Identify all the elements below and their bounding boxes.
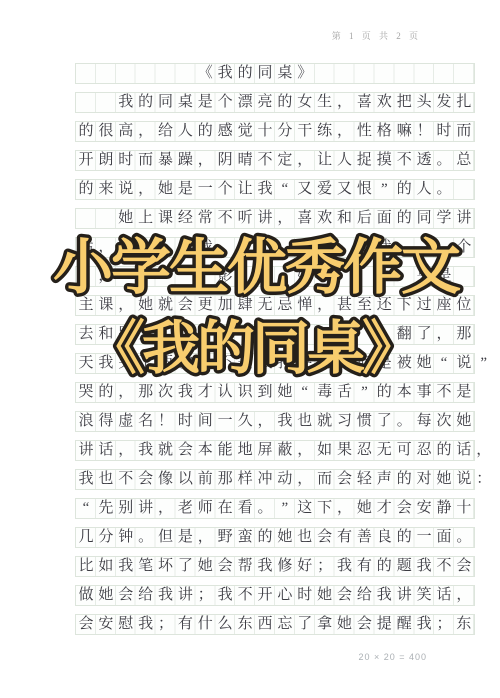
watermark-line-1: 小学生优秀作文 (53, 233, 461, 303)
essay-row-5: 的来说，她是一个让我“又爱又恨”的人。 (75, 179, 475, 200)
essay-row-16: “先别讲，老师在看。”这下，她才会安静十 (75, 498, 475, 519)
watermark-line-2: 《我的同桌》 (87, 314, 417, 382)
essay-row-1: 《我的同桌》 (75, 63, 475, 84)
essay-row-14: 讲话，我就会本能地屏蔽，如果忍无可忍的话， (75, 440, 475, 461)
essay-row-2: 我的同桌是个漂亮的女生，喜欢把头发扎 (75, 92, 475, 113)
essay-row-17: 几分钟。但是，野蛮的她也会有善良的一面。 (75, 527, 475, 548)
essay-row-19: 做她会给我讲；我不开心时她会给我讲笑话， (75, 585, 475, 606)
essay-row-3: 的很高，给人的感觉十分干练，性格嘛！时而 (75, 121, 475, 142)
essay-row-20: 会安慰我；有什么东西忘了拿她会提醒我；东 (75, 614, 475, 635)
essay-row-4: 开朗时而暴躁，阴晴不定，让人捉摸不透。总 (75, 150, 475, 171)
watermark-overlay: 小学生优秀作文 《我的同桌》 (0, 224, 500, 394)
composition-page: 第 1 页 共 2 页 《我的同桌》我的同桌是个漂亮的女生，喜欢把头发扎的很高，… (0, 0, 500, 698)
essay-row-13: 浪得虚名！时间一久，我也就习惯了。每次她 (75, 411, 475, 432)
page-number-indicator: 第 1 页 共 2 页 (332, 29, 421, 42)
essay-row-15: 我也不会像以前那样冲动，而会轻声的对她说： (75, 469, 475, 490)
grid-count-label: 20 × 20 = 400 (358, 652, 427, 662)
essay-row-18: 比如我笔坏了她会帮我修好；我有的题我不会 (75, 556, 475, 577)
